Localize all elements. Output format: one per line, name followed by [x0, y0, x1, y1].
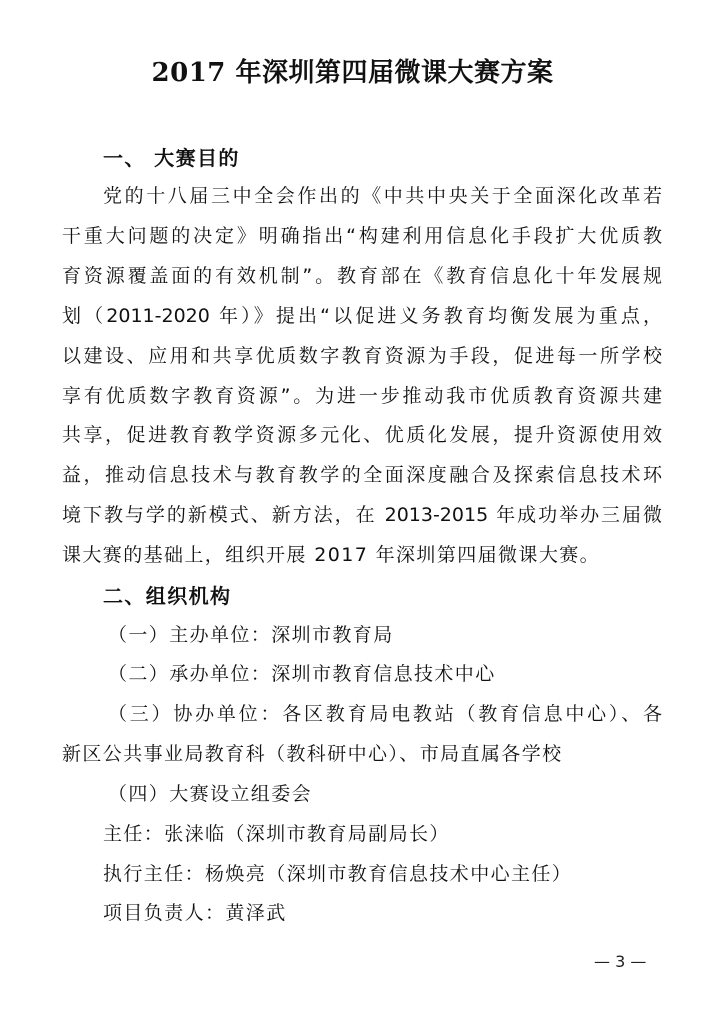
org-item-co-organizer: （三）协办单位：各区教育局电教站（教育信息中心）、各	[108, 699, 662, 726]
committee-executive-director: 执行主任：杨焕亮（深圳市教育信息技术中心主任）	[103, 859, 703, 886]
section-heading-organization: 二、组织机构	[103, 580, 703, 609]
paragraph-line: 以建设、应用和共享优质数字教育资源为手段，促进每一所学校	[62, 341, 662, 368]
paragraph-line: 划（2011-2020 年）》提出“以促进义务教育均衡发展为重点，	[62, 301, 662, 328]
org-item-organizer: （二）承办单位：深圳市教育信息技术中心	[108, 659, 705, 686]
page-number: — 3 —	[594, 952, 646, 971]
paragraph-line: 益，推动信息技术与教育教学的全面深度融合及探索信息技术环	[62, 460, 662, 487]
paragraph-line: 课大赛的基础上，组织开展 2017 年深圳第四届微课大赛。	[62, 540, 662, 567]
org-item-co-organizer-cont: 新区公共事业局教育科（教科研中心）、市局直属各学校	[62, 739, 662, 766]
paragraph-line: 共享，促进教育教学资源多元化、优质化发展，提升资源使用效	[62, 420, 662, 447]
committee-director: 主任：张涞临（深圳市教育局副局长）	[103, 819, 703, 846]
committee-project-lead: 项目负责人：黄泽武	[103, 898, 703, 925]
paragraph-line: 党的十八届三中全会作出的《中共中央关于全面深化改革若	[103, 181, 662, 208]
section-heading-purpose: 一、 大赛目的	[103, 142, 703, 171]
org-item-committee: （四）大赛设立组委会	[108, 779, 705, 806]
paragraph-line: 境下教与学的新模式、新方法，在 2013-2015 年成功举办三届微	[62, 500, 662, 527]
paragraph-line: 享有优质数字教育资源”。为进一步推动我市优质教育资源共建	[62, 381, 662, 408]
paragraph-line: 干重大问题的决定》明确指出“构建利用信息化手段扩大优质教	[62, 221, 662, 248]
org-item-host: （一）主办单位：深圳市教育局	[108, 620, 705, 647]
document-title: 2017 年深圳第四届微课大赛方案	[0, 52, 705, 89]
paragraph-line: 育资源覆盖面的有效机制”。教育部在《教育信息化十年发展规	[62, 261, 662, 288]
